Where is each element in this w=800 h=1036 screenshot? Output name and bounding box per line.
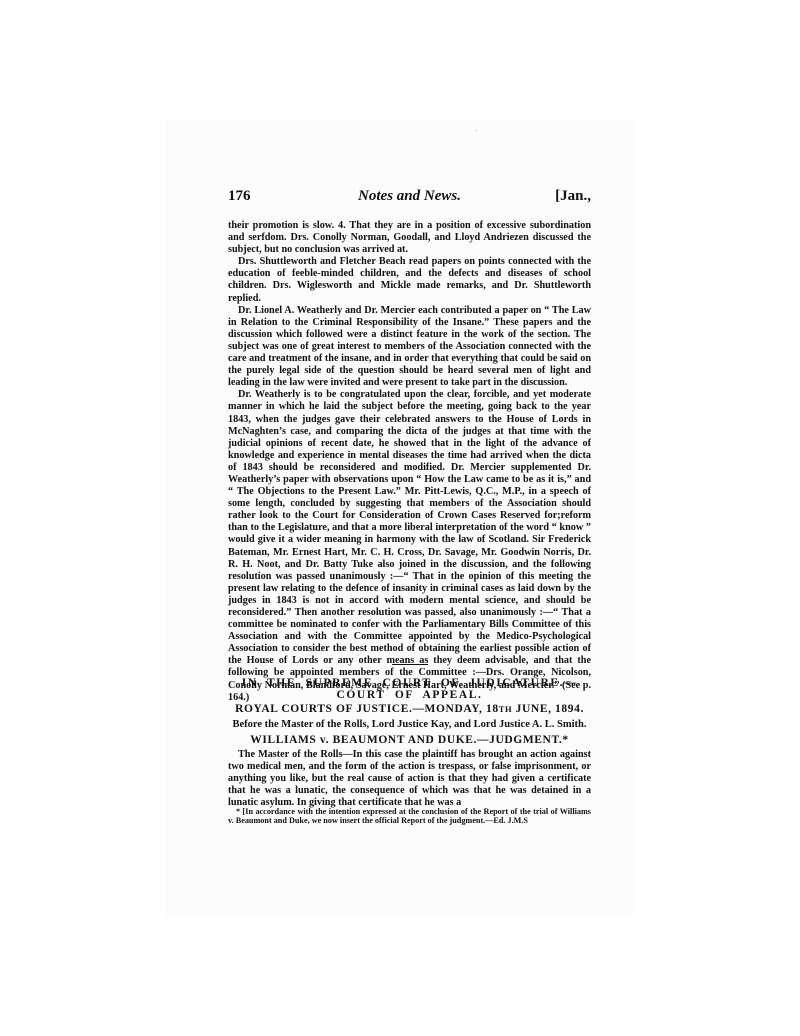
footnote: * [In accordance with the intention expr… (228, 807, 591, 826)
case-title: WILLIAMS v. BEAUMONT AND DUKE.—JUDGMENT.… (228, 734, 591, 746)
subheading-ordinal: TH (499, 704, 512, 714)
footnote-text: * [In accordance with the intention expr… (228, 807, 591, 826)
paragraph: The Master of the Rolls—In this case the… (228, 749, 591, 809)
scan-speck (476, 130, 477, 131)
running-title: Notes and News. (228, 188, 591, 205)
paragraph: their promotion is slow. 4. That they ar… (228, 220, 591, 256)
subheading-main: ROYAL COURTS OF JUSTICE.—MONDAY, 18 (235, 703, 499, 715)
paragraph: Dr. Weatherly is to be congratulated upo… (228, 389, 591, 703)
running-date: [Jan., (555, 188, 591, 205)
subheading-tail: JUNE, 1894. (512, 703, 584, 715)
judgment-text: The Master of the Rolls—In this case the… (228, 749, 591, 809)
section-divider (392, 664, 428, 665)
paragraph: Dr. Lionel A. Weatherly and Dr. Mercier … (228, 305, 591, 390)
section-subheading: ROYAL COURTS OF JUSTICE.—MONDAY, 18TH JU… (228, 703, 591, 715)
paragraph: Drs. Shuttleworth and Fletcher Beach rea… (228, 256, 591, 304)
bench-line: Before the Master of the Rolls, Lord Jus… (228, 719, 591, 730)
section-heading: IN THE SUPREME COURT OF JUDICATURE.—COUR… (228, 677, 591, 701)
body-text: their promotion is slow. 4. That they ar… (228, 220, 591, 704)
running-header: 176 Notes and News. [Jan., (228, 188, 591, 208)
